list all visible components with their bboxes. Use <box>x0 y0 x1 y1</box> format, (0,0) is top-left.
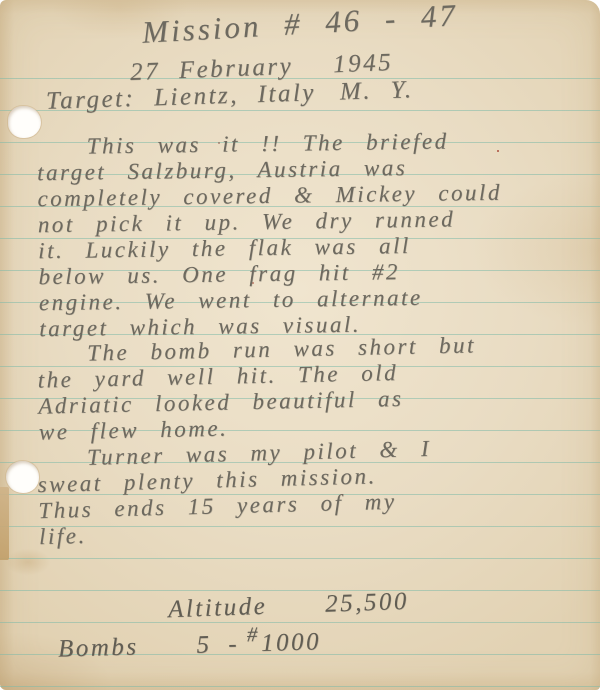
tape-residue <box>0 487 9 560</box>
notebook-paper: Mission # 46 - 47 27 February1945 Target… <box>0 0 600 690</box>
mission-title: Mission # 46 - 47 <box>141 0 459 51</box>
hand-gap <box>267 612 325 614</box>
hand-gap <box>293 72 333 74</box>
pound-sign: # <box>247 622 261 647</box>
bombs-weight: 1000 <box>261 628 322 657</box>
punch-hole-bottom <box>6 461 39 493</box>
target-suffix: M. Y. <box>339 76 413 105</box>
altitude-label: Altitude <box>168 593 268 623</box>
hand-gap <box>316 100 340 101</box>
altitude-value: 25,500 <box>325 588 410 618</box>
scanned-journal-page: Mission # 46 - 47 27 February1945 Target… <box>0 0 600 690</box>
paragraph-3: Turner was my pilot & I sweat plenty thi… <box>37 436 434 550</box>
paragraph-1: This was it !! The briefed target Salzbu… <box>37 128 504 342</box>
hand-gap <box>139 653 197 655</box>
paragraph-2: The bomb run was short but the yard well… <box>37 332 478 445</box>
punch-hole-top <box>8 106 41 138</box>
bombs-dash: - <box>228 631 240 658</box>
bombs-count: 5 <box>196 631 212 658</box>
bombs-label: Bombs <box>58 633 139 662</box>
year-text: 1945 <box>333 49 394 78</box>
